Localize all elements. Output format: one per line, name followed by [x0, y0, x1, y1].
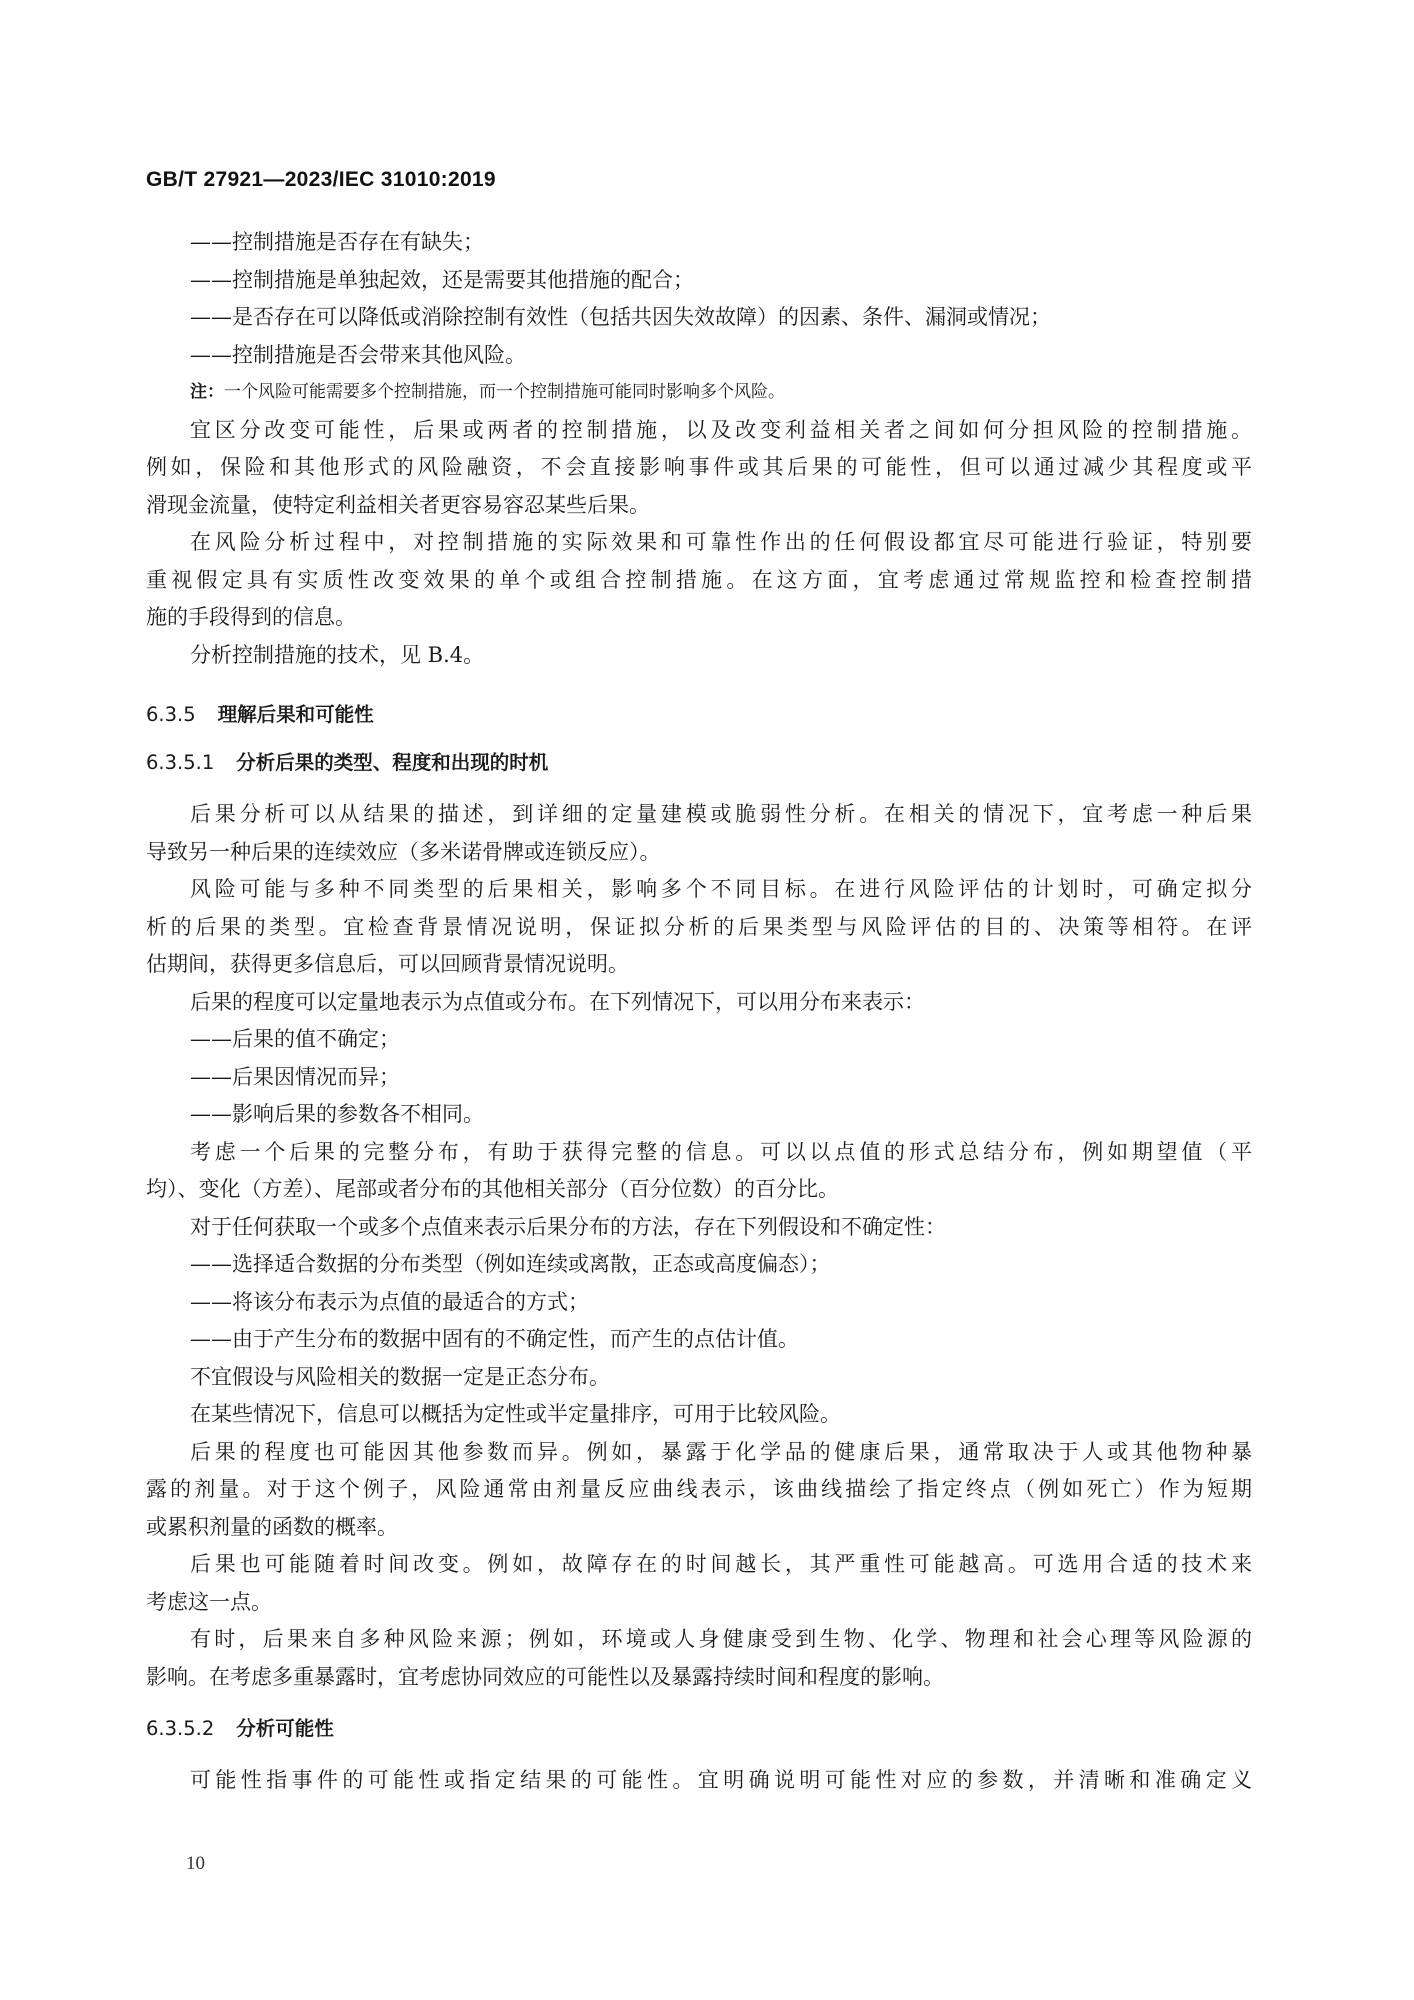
list-item: ——将该分布表示为点值的最适合的方式； [146, 1284, 1252, 1322]
paragraph-line: 分析控制措施的技术，见 B.4。 [146, 637, 1252, 675]
list-item: ——由于产生分布的数据中固有的不确定性，而产生的点估计值。 [146, 1321, 1252, 1359]
list-item: ——控制措施是否会带来其他风险。 [146, 337, 1252, 375]
paragraph-line: 施的手段得到的信息。 [146, 599, 1252, 637]
paragraph-line: 有时，后果来自多种风险来源；例如，环境或人身健康受到生物、化学、物理和社会心理等… [146, 1621, 1252, 1659]
paragraph-line: 重视假定具有实质性改变效果的单个或组合控制措施。在这方面，宜考虑通过常规监控和检… [146, 562, 1252, 600]
paragraph-line: 宜区分改变可能性，后果或两者的控制措施，以及改变利益相关者之间如何分担风险的控制… [146, 412, 1252, 450]
list-item: ——选择适合数据的分布类型（例如连续或离散，正态或高度偏态）； [146, 1246, 1252, 1284]
paragraph-line: 后果分析可以从结果的描述，到详细的定量建模或脆弱性分析。在相关的情况下，宜考虑一… [146, 796, 1252, 834]
section-heading-6-3-5-1: 6.3.5.1分析后果的类型、程度和出现的时机 [146, 744, 1252, 774]
section-title: 分析后果的类型、程度和出现的时机 [236, 751, 548, 774]
paragraph-line: 导致另一种后果的连续效应（多米诺骨牌或连锁反应）。 [146, 834, 1252, 872]
list-item: ——是否存在可以降低或消除控制有效性（包括共因失效故障）的因素、条件、漏洞或情况… [146, 299, 1252, 337]
section-heading-6-3-5-2: 6.3.5.2分析可能性 [146, 1710, 1252, 1740]
section-title: 分析可能性 [236, 1717, 334, 1740]
paragraph-line: 均）、变化（方差）、尾部或者分布的其他相关部分（百分位数）的百分比。 [146, 1171, 1252, 1209]
paragraph-line: 滑现金流量，使特定利益相关者更容易容忍某些后果。 [146, 487, 1252, 525]
paragraph-line: 影响。在考虑多重暴露时，宜考虑协同效应的可能性以及暴露持续时间和程度的影响。 [146, 1659, 1252, 1697]
note-label: 注： [190, 382, 224, 402]
section-title: 理解后果和可能性 [218, 703, 374, 726]
page-body: ——控制措施是否存在有缺失； ——控制措施是单独起效，还是需要其他措施的配合； … [146, 224, 1252, 1800]
paragraph-line: 不宜假设与风险相关的数据一定是正态分布。 [146, 1359, 1252, 1397]
list-item: ——控制措施是单独起效，还是需要其他措施的配合； [146, 262, 1252, 300]
paragraph-line: 可能性指事件的可能性或指定结果的可能性。宜明确说明可能性对应的参数，并清晰和准确… [146, 1762, 1252, 1800]
paragraph-line: 露的剂量。对于这个例子，风险通常由剂量反应曲线表示，该曲线描绘了指定终点（例如死… [146, 1471, 1252, 1509]
paragraph-line: 风险可能与多种不同类型的后果相关，影响多个不同目标。在进行风险评估的计划时，可确… [146, 871, 1252, 909]
paragraph-line: 或累积剂量的函数的概率。 [146, 1509, 1252, 1547]
standard-code-header: GB/T 27921—2023/IEC 31010:2019 [146, 168, 496, 192]
paragraph-line: 析的后果的类型。宜检查背景情况说明，保证拟分析的后果类型与风险评估的目的、决策等… [146, 909, 1252, 947]
section-heading-6-3-5: 6.3.5理解后果和可能性 [146, 696, 1252, 726]
paragraph-line: 在风险分析过程中，对控制措施的实际效果和可靠性作出的任何假设都宜尽可能进行验证，… [146, 524, 1252, 562]
list-item: ——控制措施是否存在有缺失； [146, 224, 1252, 262]
paragraph-line: 考虑一个后果的完整分布，有助于获得完整的信息。可以以点值的形式总结分布，例如期望… [146, 1134, 1252, 1172]
paragraph-line: 后果的程度可以定量地表示为点值或分布。在下列情况下，可以用分布来表示： [146, 984, 1252, 1022]
paragraph-line: 对于任何获取一个或多个点值来表示后果分布的方法，存在下列假设和不确定性： [146, 1209, 1252, 1247]
section-number: 6.3.5 [146, 703, 196, 726]
paragraph-line: 估期间，获得更多信息后，可以回顾背景情况说明。 [146, 946, 1252, 984]
paragraph-line: 例如，保险和其他形式的风险融资，不会直接影响事件或其后果的可能性，但可以通过减少… [146, 449, 1252, 487]
paragraph-line: 后果也可能随着时间改变。例如，故障存在的时间越长，其严重性可能越高。可选用合适的… [146, 1546, 1252, 1584]
paragraph-line: 在某些情况下，信息可以概括为定性或半定量排序，可用于比较风险。 [146, 1396, 1252, 1434]
section-number: 6.3.5.2 [146, 1717, 214, 1740]
list-item: ——影响后果的参数各不相同。 [146, 1096, 1252, 1134]
section-number: 6.3.5.1 [146, 751, 214, 774]
list-item: ——后果的值不确定； [146, 1021, 1252, 1059]
note: 注：一个风险可能需要多个控制措施，而一个控制措施可能同时影响多个风险。 [146, 374, 1252, 412]
paragraph-line: 考虑这一点。 [146, 1584, 1252, 1622]
page-number: 10 [186, 1853, 205, 1875]
list-item: ——后果因情况而异； [146, 1059, 1252, 1097]
paragraph-line: 后果的程度也可能因其他参数而异。例如，暴露于化学品的健康后果，通常取决于人或其他… [146, 1434, 1252, 1472]
note-text: 一个风险可能需要多个控制措施，而一个控制措施可能同时影响多个风险。 [224, 382, 785, 402]
